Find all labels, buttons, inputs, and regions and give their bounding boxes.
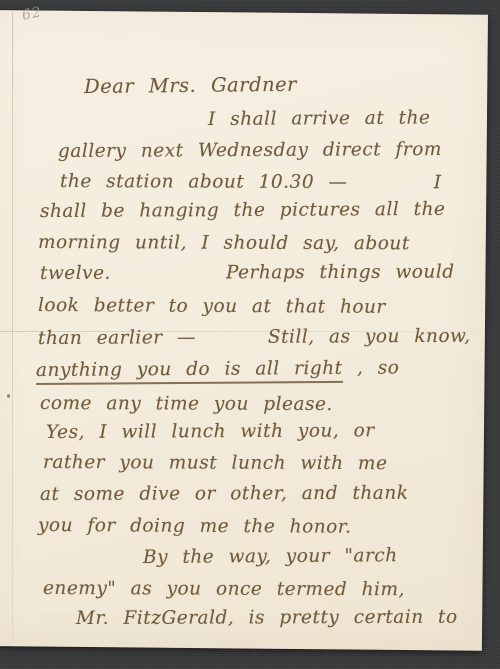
letter-line: enemy" as you once termed him, bbox=[43, 578, 405, 601]
vertical-crease bbox=[12, 12, 13, 642]
letter-line: Mr. FitzGerald, is pretty certain to bbox=[76, 607, 458, 630]
letter-line: gallery next Wednesday direct from bbox=[58, 139, 442, 163]
letter-line: the station about 10.30 — I bbox=[60, 171, 442, 194]
photo-background: 62 Dear Mrs. Gardner I shall arrive at t… bbox=[0, 0, 500, 669]
letter-line: shall be hanging the pictures all the bbox=[40, 199, 446, 223]
letter-line: I shall arrive at the bbox=[208, 107, 431, 131]
ink-speck bbox=[7, 394, 10, 398]
letter-line: look better to you at that hour bbox=[38, 295, 386, 319]
letter-line: Yes, I will lunch with you, or bbox=[46, 420, 375, 444]
salutation: Dear Mrs. Gardner bbox=[84, 74, 297, 98]
letter-line: at some dive or other, and thank bbox=[40, 483, 409, 506]
letter-line: By the way, your "arch bbox=[143, 545, 398, 569]
letter-line: come any time you please. bbox=[40, 393, 333, 416]
letter-line: anything you do is all right , so bbox=[36, 357, 399, 382]
letter-line: than earlier — Still, as you know, bbox=[38, 326, 471, 350]
letter-line: you for doing me the honor. bbox=[38, 515, 352, 539]
underlined-phrase: anything you do is all right bbox=[36, 358, 343, 385]
letter-line: twelve. Perhaps things would bbox=[40, 262, 455, 285]
line-text: , so bbox=[342, 357, 399, 378]
letter-line: rather you must lunch with me bbox=[43, 452, 387, 475]
letter-line: morning until, I should say, about bbox=[38, 232, 410, 255]
